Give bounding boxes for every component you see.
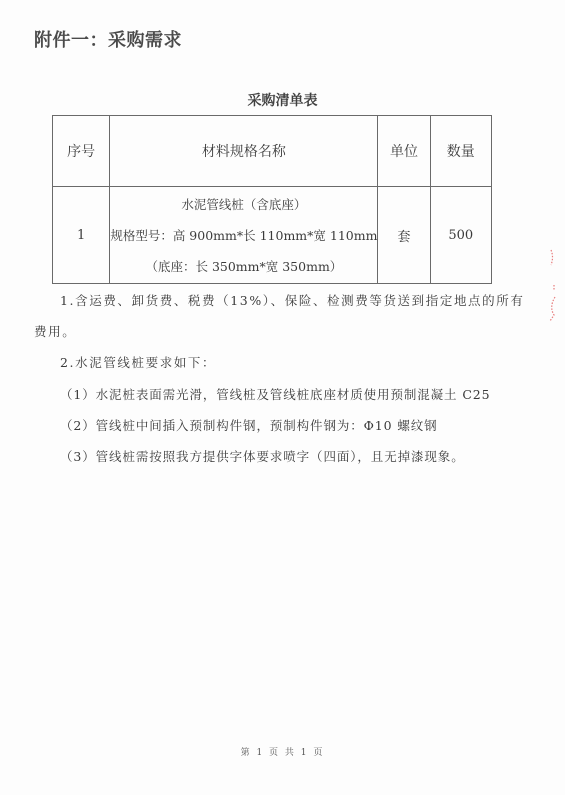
page-footer: 第 1 页 共 1 页 [0,745,565,758]
table-row: 1 水泥管线桩（含底座） 规格型号：高 900mm*长 110mm*宽 110m… [53,187,492,284]
header-material-spec: 材料规格名称 [110,116,378,187]
header-quantity: 数量 [430,116,491,187]
header-index: 序号 [53,116,110,187]
seal-stamp-fragment-icon [548,245,558,325]
cell-material-spec: 水泥管线桩（含底座） 规格型号：高 900mm*长 110mm*宽 110mm … [110,187,378,284]
document-title: 附件一：采购需求 [34,26,182,52]
table-title: 采购清单表 [0,90,565,110]
spec-base-dimensions: （底座：长 350mm*宽 350mm） [110,251,377,282]
requirement-3: （3）管线桩需按照我方提供字体要求喷字（四面），且无掉漆现象。 [60,447,465,465]
spec-name: 水泥管线桩（含底座） [110,189,377,220]
requirement-2: （2）管线桩中间插入预制构件钢，预制构件钢为：Φ10 螺纹钢 [60,416,438,434]
procurement-table: 序号 材料规格名称 单位 数量 1 水泥管线桩（含底座） 规格型号：高 900m… [52,115,492,284]
cell-index: 1 [53,187,110,284]
note-1-line-2: 费用。 [34,322,76,340]
cell-unit: 套 [378,187,430,284]
header-unit: 单位 [378,116,430,187]
requirement-1: （1）水泥桩表面需光滑，管线桩及管线桩底座材质使用预制混凝土 C25 [60,385,491,403]
cell-quantity: 500 [430,187,491,284]
note-2: 2.水泥管线桩要求如下： [60,353,216,371]
table-header-row: 序号 材料规格名称 单位 数量 [53,116,492,187]
spec-dimensions: 规格型号：高 900mm*长 110mm*宽 110mm [110,220,377,251]
note-1-line-1: 1.含运费、卸货费、税费（13%）、保险、检测费等货送到指定地点的所有 [60,291,524,309]
